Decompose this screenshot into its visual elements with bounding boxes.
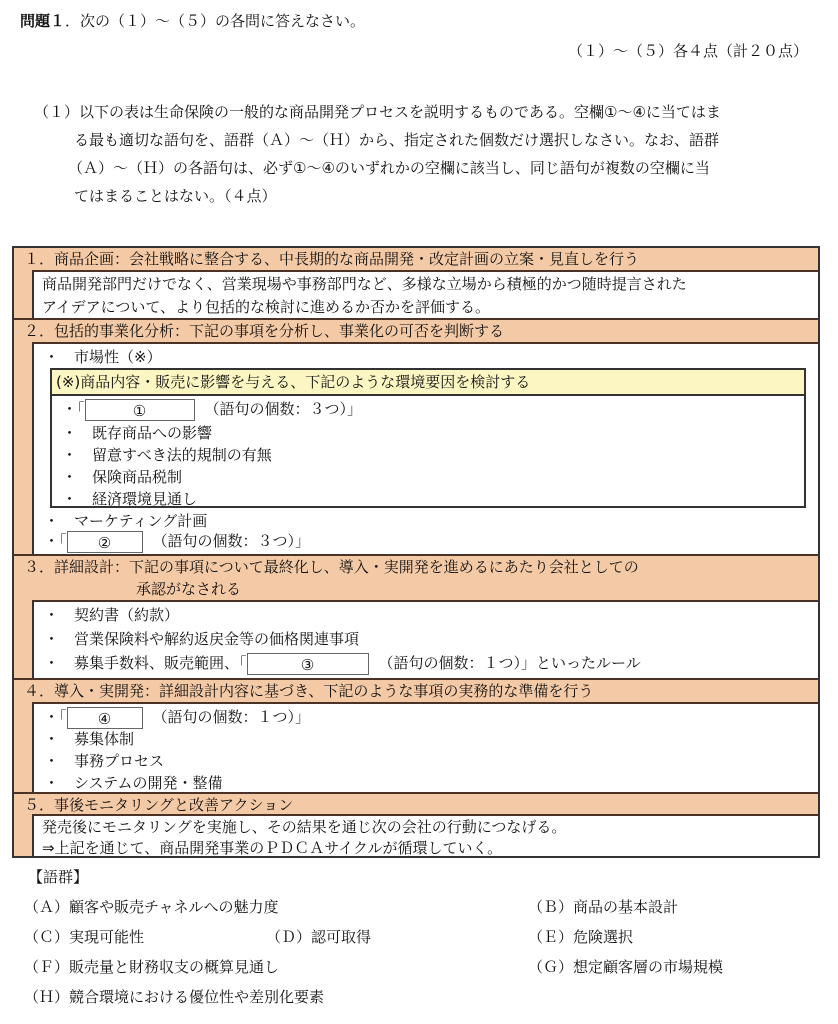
vocabulary-title: 【語群】 <box>28 866 88 887</box>
blank-2[interactable]: ② <box>67 531 143 553</box>
bullet: ・ <box>44 604 74 625</box>
implementation-item: ・システムの開発・整備 <box>44 772 223 793</box>
section-3-heading-line-2: 承認がなされる <box>24 578 818 600</box>
note-item-label: 経済環境見通し <box>92 490 197 508</box>
bullet: ・ <box>44 346 74 367</box>
vocab-option-b: （Ｂ）商品の基本設計 <box>528 896 678 917</box>
question-number: 問題１ <box>20 12 65 30</box>
note-item: ・既存商品への影響 <box>62 422 212 443</box>
vocab-option-c: （Ｃ）実現可能性 <box>24 926 144 947</box>
bullet: ・ <box>62 422 92 443</box>
market-note-box: (※)商品内容・販売に影響を与える、下記のような環境要因を検討する ・「①（語句… <box>50 368 806 508</box>
market-note-heading: (※)商品内容・販売に影響を与える、下記のような環境要因を検討する <box>52 370 804 396</box>
note-item: ・留意すべき法的規制の有無 <box>62 444 272 465</box>
blank-3-count: （語句の個数：１つ）」といったルール <box>379 654 641 672</box>
section-1-heading: １．商品企画：会社戦略に整合する、中長期的な商品開発・改定計画の立案・見直しを行… <box>14 248 818 270</box>
bullet: ・ <box>44 772 74 793</box>
item-label: 募集体制 <box>74 730 134 748</box>
q1-line-4: てはまることはない。（４点） <box>34 182 824 210</box>
item-3-prefix: 募集手数料、販売範囲、「 <box>74 654 247 672</box>
points-allocation: （１）～（５）各４点（計２０点） <box>568 40 808 61</box>
vocab-option-h: （Ｈ）競合環境における優位性や差別化要素 <box>24 986 324 1007</box>
market-label: 市場性（※） <box>74 348 162 366</box>
contract-item: ・契約書（約款） <box>44 604 179 625</box>
bullet: ・ <box>44 750 74 771</box>
subquestion-1-text: （１）以下の表は生命保険の一般的な商品開発プロセスを説明するものである。空欄①～… <box>34 98 824 210</box>
bullet: ・ <box>62 444 92 465</box>
q1-line-2: る最も適切な語句を、語群（Ａ）～（Ｈ）から、指定された個数だけ選択しなさい。なお… <box>34 126 824 154</box>
section-2-heading: ２．包括的事業化分析：下記の事項を分析し、事業化の可否を判断する <box>14 318 818 342</box>
blank-3-row: ・募集手数料、販売範囲、「③（語句の個数：１つ）」といったルール <box>44 652 641 675</box>
item-label: 契約書（約款） <box>74 606 179 624</box>
item-label: 事務プロセス <box>74 752 164 770</box>
vocab-option-d: （Ｄ）認可取得 <box>266 926 371 947</box>
section-2-body: ・市場性（※） (※)商品内容・販売に影響を与える、下記のような環境要因を検討す… <box>32 342 818 554</box>
section-3-heading-line-1: ３．詳細設計：下記の事項について最終化し、導入・実開発を進めるにあたり会社として… <box>24 556 818 578</box>
market-item: ・市場性（※） <box>44 346 162 367</box>
blank-4-row: ・「④（語句の個数：１つ）」 <box>44 706 310 729</box>
marketing-label: マーケティング計画 <box>74 512 207 530</box>
marketing-item: ・マーケティング計画 <box>44 510 207 531</box>
blank-4[interactable]: ④ <box>67 707 143 729</box>
note-item-label: 留意すべき法的規制の有無 <box>92 446 272 464</box>
question-instruction: ．次の（１）～（５）の各問に答えなさい。 <box>65 12 365 30</box>
section-4-heading: ４．導入・実開発：詳細設計内容に基づき、下記のような事項の実務的な準備を行う <box>14 678 818 702</box>
section-1-line-2: アイデアについて、より包括的な検討に進めるか否かを評価する。 <box>42 296 490 317</box>
bracket-open: ・「 <box>62 400 85 418</box>
bracket-open: ・「 <box>44 708 67 726</box>
bullet: ・ <box>62 466 92 487</box>
vocab-option-a: （Ａ）顧客や販売チャネルへの魅力度 <box>24 896 279 917</box>
blank-2-count: （語句の個数：３つ）」 <box>153 532 311 550</box>
note-item-label: 既存商品への影響 <box>92 424 212 442</box>
note-item: ・保険商品税制 <box>62 466 182 487</box>
section-3-body: ・契約書（約款） ・営業保険料や解約返戻金等の価格関連事項 ・募集手数料、販売範… <box>32 600 818 678</box>
bullet: ・ <box>44 510 74 531</box>
q1-line-1: （１）以下の表は生命保険の一般的な商品開発プロセスを説明するものである。空欄①～… <box>34 98 824 126</box>
price-item: ・営業保険料や解約返戻金等の価格関連事項 <box>44 628 359 649</box>
vocab-option-e: （Ｅ）危険選択 <box>528 926 633 947</box>
section-5-line-1: 発売後にモニタリングを実施し、その結果を通じ次の会社の行動につなげる。 <box>42 816 566 837</box>
blank-4-count: （語句の個数：１つ）」 <box>153 708 311 726</box>
section-4-body: ・「④（語句の個数：１つ）」 ・募集体制 ・事務プロセス ・システムの開発・整備 <box>32 702 818 792</box>
blank-2-row: ・「②（語句の個数：３つ）」 <box>44 530 310 553</box>
blank-1-row: ・「①（語句の個数：３つ）」 <box>62 398 362 421</box>
bullet: ・ <box>44 652 74 673</box>
section-5-heading: ５．事後モニタリングと改善アクション <box>14 792 818 814</box>
note-item: ・経済環境見通し <box>62 488 197 509</box>
bullet: ・ <box>62 488 92 509</box>
section-3-heading: ３．詳細設計：下記の事項について最終化し、導入・実開発を進めるにあたり会社として… <box>14 554 818 600</box>
process-table: １．商品企画：会社戦略に整合する、中長期的な商品開発・改定計画の立案・見直しを行… <box>12 246 820 858</box>
vocab-option-f: （Ｆ）販売量と財務収支の概算見通し <box>24 956 279 977</box>
blank-1-count: （語句の個数：３つ）」 <box>205 400 363 418</box>
blank-1[interactable]: ① <box>85 399 195 421</box>
vocab-option-g: （Ｇ）想定顧客層の市場規模 <box>528 956 723 977</box>
section-5-body: 発売後にモニタリングを実施し、その結果を通じ次の会社の行動につなげる。 ⇒上記を… <box>32 814 818 856</box>
bracket-open: ・「 <box>44 532 67 550</box>
bullet: ・ <box>44 628 74 649</box>
question-title: 問題１．次の（１）～（５）の各問に答えなさい。 <box>20 10 365 31</box>
implementation-item: ・募集体制 <box>44 728 134 749</box>
section-1-body: 商品開発部門だけでなく、営業現場や事務部門など、多様な立場から積極的かつ随時提言… <box>32 270 818 318</box>
section-5-line-2: ⇒上記を通じて、商品開発事業のＰＤＣＡサイクルが循環していく。 <box>42 837 502 858</box>
note-item-label: 保険商品税制 <box>92 468 182 486</box>
bullet: ・ <box>44 728 74 749</box>
q1-line-3: （Ａ）～（Ｈ）の各語句は、必ず①～④のいずれかの空欄に該当し、同じ語句が複数の空… <box>34 154 824 182</box>
item-label: システムの開発・整備 <box>74 774 223 792</box>
implementation-item: ・事務プロセス <box>44 750 164 771</box>
blank-3[interactable]: ③ <box>247 653 369 675</box>
item-label: 営業保険料や解約返戻金等の価格関連事項 <box>74 630 359 648</box>
section-1-line-1: 商品開発部門だけでなく、営業現場や事務部門など、多様な立場から積極的かつ随時提言… <box>42 273 687 294</box>
